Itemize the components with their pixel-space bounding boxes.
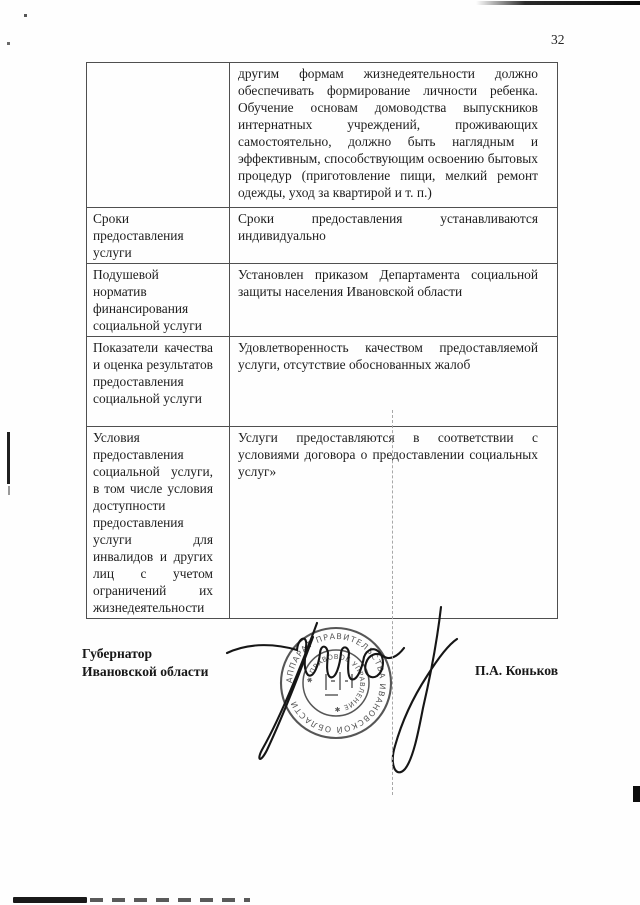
scan-artifact-top-edge-line bbox=[476, 1, 640, 5]
table-row: Условия предоставления социальной услуги… bbox=[87, 427, 558, 619]
stamp-outer-text: АППАРАТ ПРАВИТЕЛЬСТВА ИВАНОВСКОЙ ОБЛАСТИ bbox=[285, 632, 387, 736]
table-cell-value: Установлен приказом Департамента социаль… bbox=[230, 264, 558, 337]
stamp-outer-circle bbox=[281, 628, 391, 738]
table-cell-label bbox=[87, 63, 230, 208]
svg-text:✱ ПРАВОВОЕ УПРАВЛЕНИЕ ✱: ✱ ПРАВОВОЕ УПРАВЛЕНИЕ ✱ bbox=[306, 653, 366, 713]
stamp-center-marks bbox=[325, 672, 352, 695]
table-cell-label: Показатели качества и оценка результатов… bbox=[87, 337, 230, 427]
table-cell-label: Сроки предоставления услуги bbox=[87, 208, 230, 264]
signer-title-line-1: Губернатор bbox=[82, 645, 208, 663]
scan-artifact-left-margin-line bbox=[7, 432, 10, 484]
scan-artifact-dot bbox=[24, 14, 27, 17]
scan-artifact-right-edge-blob bbox=[633, 786, 640, 802]
signature-stroke-main bbox=[227, 639, 404, 680]
stamp-inner-text: ✱ ПРАВОВОЕ УПРАВЛЕНИЕ ✱ bbox=[306, 653, 366, 713]
signer-title-line-2: Ивановской области bbox=[82, 663, 208, 681]
scan-artifact-fold-line bbox=[392, 410, 393, 795]
signature-stroke-left-loop bbox=[259, 623, 317, 759]
scan-artifact-bottom-left-mark bbox=[13, 897, 87, 903]
table-cell-value: Услуги предоставляются в соответствии с … bbox=[230, 427, 558, 619]
scan-artifact-dot bbox=[7, 42, 10, 45]
handwritten-signature bbox=[227, 607, 457, 772]
table-cell-label: Подушевой норматив финансирования социал… bbox=[87, 264, 230, 337]
signature-stroke-right-flourish bbox=[393, 607, 457, 772]
svg-text:АППАРАТ ПРАВИТЕЛЬСТВА ИВАНОВСК: АППАРАТ ПРАВИТЕЛЬСТВА ИВАНОВСКОЙ ОБЛАСТИ bbox=[285, 632, 387, 736]
table-cell-value: Удовлетворенность качеством предоставляе… bbox=[230, 337, 558, 427]
stamp-inner-circle bbox=[303, 650, 369, 716]
page-number: 32 bbox=[551, 32, 565, 48]
table-cell-value: другим формам жизнедеятельности должно о… bbox=[230, 63, 558, 208]
scan-artifact-left-margin-tail bbox=[8, 486, 10, 495]
signer-name: П.А. Коньков bbox=[475, 663, 558, 679]
table-row: Подушевой норматив финансирования социал… bbox=[87, 264, 558, 337]
table-row: другим формам жизнедеятельности должно о… bbox=[87, 63, 558, 208]
signer-title: Губернатор Ивановской области bbox=[82, 645, 208, 681]
round-stamp: АППАРАТ ПРАВИТЕЛЬСТВА ИВАНОВСКОЙ ОБЛАСТИ… bbox=[281, 628, 391, 738]
table-cell-label: Условия предоставления социальной услуги… bbox=[87, 427, 230, 619]
table-row: Сроки предоставления услуги Сроки предос… bbox=[87, 208, 558, 264]
services-table: другим формам жизнедеятельности должно о… bbox=[86, 62, 558, 619]
table-row: Показатели качества и оценка результатов… bbox=[87, 337, 558, 427]
table-cell-value: Сроки предоставления устанавливаются инд… bbox=[230, 208, 558, 264]
document-page: 32 другим формам жизнедеятельности должн… bbox=[0, 0, 640, 905]
scan-artifact-bottom-dashes bbox=[90, 898, 250, 902]
